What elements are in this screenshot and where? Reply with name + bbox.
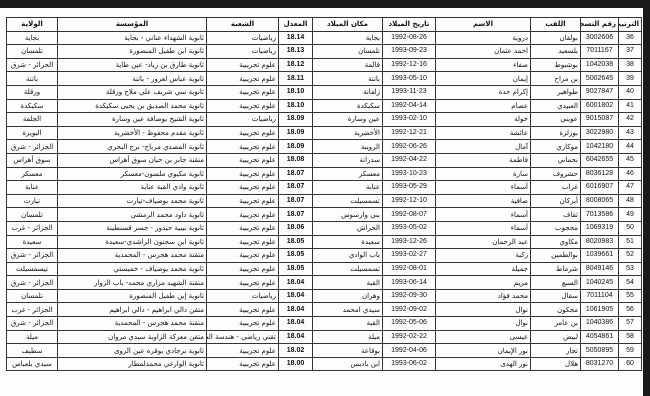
cell-branch: علوم تجريبية <box>207 276 279 290</box>
cell-average: 18.05 <box>279 262 313 276</box>
cell-birth-place: سكيكدة <box>313 99 383 113</box>
cell-rank: 50 <box>619 221 642 235</box>
cell-registration-number: 8008065 <box>581 194 619 208</box>
cell-birth-place: باتنة <box>313 72 383 86</box>
table-row: 584054861لبيضعيسى1992-02-22ميلة18.04تقني… <box>7 330 642 344</box>
cell-average: 18.13 <box>279 45 313 59</box>
cell-registration-number: 1061905 <box>581 303 619 317</box>
cell-average: 18.07 <box>279 194 313 208</box>
cell-average: 18.04 <box>279 289 313 303</box>
cell-school: متقنة الشهيد مزاري محمد- باب الزوار <box>58 276 207 290</box>
cell-registration-number: 8020983 <box>581 235 619 249</box>
cell-last-name: غراب <box>531 181 581 195</box>
cell-first-name: دروية <box>436 31 531 45</box>
right-dark-border <box>643 0 650 396</box>
cell-first-name: أسماء <box>436 181 531 195</box>
cell-birth-place: سعيدة <box>313 235 383 249</box>
cell-last-name: طواهير <box>531 85 581 99</box>
table-row: 501069319محجوبأسماء1993-05-02الحراش18.06… <box>7 221 642 235</box>
cell-first-name: عائشة <box>436 126 531 140</box>
table-row: 441042180موكاريآمال1992-06-26الرويبة18.0… <box>7 140 642 154</box>
cell-last-name: تجار <box>531 344 581 358</box>
table-row: 416001802العبيديعصام1992-04-14سكيكدة18.1… <box>7 99 642 113</box>
cell-birth-date: 1992-04-22 <box>383 153 436 167</box>
cell-school: متقنة محمد هجرس - المحمدية <box>58 317 207 331</box>
cell-birth-date: 1993-12-26 <box>383 235 436 249</box>
cell-registration-number: 1039661 <box>581 249 619 263</box>
cell-registration-number: 7011167 <box>581 45 619 59</box>
cell-state: معسكر <box>7 167 58 181</box>
cell-school: ثانوية داود محمد الرمشي <box>58 208 207 222</box>
cell-birth-date: 1992-12-16 <box>383 58 436 72</box>
cell-registration-number: 8049146 <box>581 262 619 276</box>
cell-state: تلمسان <box>7 289 58 303</box>
top-dark-border <box>0 0 650 8</box>
cell-average: 18.11 <box>279 72 313 86</box>
table-row: 488008065أبركانصافية1992-12-10تسمسيلت18.… <box>7 194 642 208</box>
cell-first-name: خولة <box>436 113 531 127</box>
cell-school: متقن دالي ابراهيم - دالي ابراهيم <box>58 303 207 317</box>
cell-average: 18.07 <box>279 208 313 222</box>
cell-average: 18.04 <box>279 276 313 290</box>
cell-birth-place: سدراتة <box>313 153 383 167</box>
cell-branch: رياضيات <box>207 45 279 59</box>
cell-rank: 41 <box>619 99 642 113</box>
cell-school: ثانوية عباس لغرور - باتنة <box>58 72 207 86</box>
cell-first-name: محمد فؤاد <box>436 289 531 303</box>
cell-average: 18.04 <box>279 330 313 344</box>
cell-school: ثانوية الشيخ بوصافة عين وسارة <box>58 113 207 127</box>
cell-last-name: حشروف <box>531 167 581 181</box>
cell-first-name: آمال <box>436 140 531 154</box>
header-birth-place: مكان الميلاد <box>313 18 383 32</box>
cell-last-name: السبع <box>531 276 581 290</box>
cell-state: تيارت <box>7 194 58 208</box>
cell-birth-date: 1993-11-23 <box>383 85 436 99</box>
results-table: الترتيب رقم التسجيل اللقب الاسم تاريخ ال… <box>6 17 642 371</box>
cell-birth-place: القبة <box>313 276 383 290</box>
cell-rank: 48 <box>619 194 642 208</box>
cell-state: سطيف <box>7 344 58 358</box>
cell-school: متقنة محمد هجرس - المحمدية <box>58 249 207 263</box>
cell-average: 18.02 <box>279 344 313 358</box>
cell-last-name: بلسعيد <box>531 45 581 59</box>
cell-birth-place: قالمة <box>313 58 383 72</box>
cell-last-name: شرماط <box>531 262 581 276</box>
table-row: 571040386بن عامرنوال1992-05-06القبة18.04… <box>7 317 642 331</box>
table-row: 497013586ثقافأسماء1992-08-07بني وارسوس18… <box>7 208 642 222</box>
cell-first-name: جميلة <box>436 262 531 276</box>
cell-average: 18.09 <box>279 126 313 140</box>
cell-registration-number: 5002645 <box>581 72 619 86</box>
cell-first-name: صافية <box>436 194 531 208</box>
cell-state: سيدي بلعباس <box>7 357 58 371</box>
cell-state: بجاية <box>7 31 58 45</box>
cell-state: سوق أهراس <box>7 153 58 167</box>
cell-branch: علوم تجريبية <box>207 208 279 222</box>
cell-state: تلمسان <box>7 45 58 59</box>
cell-registration-number: 4054861 <box>581 330 619 344</box>
cell-last-name: سقال <box>531 289 581 303</box>
cell-last-name: بولقان <box>531 31 581 45</box>
cell-branch: رياضيات <box>207 289 279 303</box>
cell-rank: 43 <box>619 126 642 140</box>
cell-state: الجلفة <box>7 113 58 127</box>
cell-average: 18.12 <box>279 58 313 72</box>
cell-birth-date: 1992-12-21 <box>383 126 436 140</box>
cell-birth-date: 1992-12-10 <box>383 194 436 208</box>
cell-first-name: عبد الرحمان <box>436 235 531 249</box>
cell-birth-date: 1992-08-26 <box>383 31 436 45</box>
cell-branch: رياضيات <box>207 113 279 127</box>
cell-first-name: نوال <box>436 317 531 331</box>
cell-birth-place: عين وسارة <box>313 113 383 127</box>
cell-first-name: أسماء <box>436 208 531 222</box>
cell-last-name: بن مراح <box>531 72 581 86</box>
cell-birth-place: وهران <box>313 289 383 303</box>
table-row: 363002606بولقاندروية1992-08-26بجاية18.14… <box>7 31 642 45</box>
cell-branch: علوم تجريبية <box>207 140 279 154</box>
cell-birth-place: عنابة <box>313 181 383 195</box>
cell-rank: 58 <box>619 330 642 344</box>
table-row: 468036128حشروفسارة1993-10-23معسكر18.07عل… <box>7 167 642 181</box>
cell-average: 18.14 <box>279 31 313 45</box>
cell-first-name: سارة <box>436 167 531 181</box>
cell-birth-place: الأخضرية <box>313 126 383 140</box>
cell-school: ثانوية محمد بوضياف-تيارت <box>58 194 207 208</box>
table-row: 557011104سقالمحمد فؤاد1992-09-30وهران18.… <box>7 289 642 303</box>
cell-last-name: لبيض <box>531 330 581 344</box>
cell-rank: 51 <box>619 235 642 249</box>
cell-branch: علوم تجريبية <box>207 303 279 317</box>
cell-rank: 56 <box>619 303 642 317</box>
cell-birth-place: بني وارسوس <box>313 208 383 222</box>
cell-last-name: أبركان <box>531 194 581 208</box>
cell-registration-number: 8036128 <box>581 167 619 181</box>
cell-rank: 39 <box>619 72 642 86</box>
cell-rank: 54 <box>619 276 642 290</box>
cell-rank: 45 <box>619 153 642 167</box>
cell-school: ثانوية برجادي بوقرة عين الروى <box>58 344 207 358</box>
cell-birth-place: تسمسيلت <box>313 194 383 208</box>
cell-registration-number: 7013586 <box>581 208 619 222</box>
cell-average: 18.10 <box>279 85 313 99</box>
cell-rank: 36 <box>619 31 642 45</box>
cell-school: ثانوية الوارغي محمدلمطار <box>58 357 207 371</box>
cell-school: ثانوية الشهداء عناني - بجاية <box>58 31 207 45</box>
table-row: 541040245السبعمريم1993-06-14القبة18.04عل… <box>7 276 642 290</box>
cell-state: عنابة <box>7 181 58 195</box>
cell-registration-number: 3022980 <box>581 126 619 140</box>
cell-state: ميلة <box>7 330 58 344</box>
cell-first-name: إيمان <box>436 72 531 86</box>
cell-last-name: بوالطمين <box>531 249 581 263</box>
cell-first-name: نور الهدى <box>436 357 531 371</box>
cell-first-name: عصام <box>436 99 531 113</box>
cell-average: 18.07 <box>279 181 313 195</box>
table-row: 409027847طواهيرإكرام حدة1993-11-23زلفانة… <box>7 85 642 99</box>
cell-state: الجزائر - شرق <box>7 317 58 331</box>
cell-birth-place: تلمسان <box>313 45 383 59</box>
cell-state: باتنة <box>7 72 58 86</box>
cell-last-name: بوشبوط <box>531 58 581 72</box>
cell-school: متقن معركة الزاوية سيدي مروان <box>58 330 207 344</box>
cell-last-name: نحماني <box>531 153 581 167</box>
table-row: 377011167بلسعيداحمد عثمان1993-09-23تلمسا… <box>7 45 642 59</box>
cell-birth-date: 1992-08-01 <box>383 262 436 276</box>
cell-last-name: هلال <box>531 357 581 371</box>
cell-birth-place: ابن باديس <box>313 357 383 371</box>
cell-school: ثانوية مكيوي ملسون-معسكر <box>58 167 207 181</box>
table-row: 608031270هلالنور الهدى1993-06-02ابن بادي… <box>7 357 642 371</box>
cell-rank: 47 <box>619 181 642 195</box>
header-birth-date: تاريخ الميلاد <box>383 18 436 32</box>
cell-state: الجزائر - شرق <box>7 249 58 263</box>
cell-rank: 44 <box>619 140 642 154</box>
cell-last-name: مكاوي <box>531 235 581 249</box>
cell-first-name: أسماء <box>436 221 531 235</box>
cell-school: ثانوية طارق بن زياد- عين طاية <box>58 58 207 72</box>
table-header-row: الترتيب رقم التسجيل اللقب الاسم تاريخ ال… <box>7 18 642 32</box>
cell-branch: علوم تجريبية <box>207 194 279 208</box>
header-state: الولاية <box>7 18 58 32</box>
cell-branch: علوم تجريبية <box>207 317 279 331</box>
cell-school: ثانوية وادي القبة عنابة <box>58 181 207 195</box>
cell-state: الجزائر - شرق <box>7 276 58 290</box>
cell-branch: علوم تجريبية <box>207 357 279 371</box>
cell-state: تيسمسيلت <box>7 262 58 276</box>
header-average: المعدل <box>279 18 313 32</box>
table-row: 595050895تجارنور الإيمان1992-04-06بوقاعة… <box>7 344 642 358</box>
cell-school: ثانوية مقدم محفوظ - الأخضرية <box>58 126 207 140</box>
header-branch: الشعبة <box>207 18 279 32</box>
cell-school: ثانوية محمد الصديق بن يحيى سكيكدة <box>58 99 207 113</box>
cell-registration-number: 1040386 <box>581 317 619 331</box>
cell-branch: علوم تجريبية <box>207 249 279 263</box>
header-last-name: اللقب <box>531 18 581 32</box>
cell-birth-place: تسمسيلت <box>313 262 383 276</box>
cell-registration-number: 1042038 <box>581 58 619 72</box>
cell-school: ثانوية المصدي مرباح- برج البحري <box>58 140 207 154</box>
table-row: 429015087عوينيخولة1993-02-10عين وسارة18.… <box>7 113 642 127</box>
cell-birth-date: 1992-06-26 <box>383 140 436 154</box>
cell-birth-place: بوقاعة <box>313 344 383 358</box>
cell-average: 18.10 <box>279 99 313 113</box>
cell-birth-date: 1992-04-14 <box>383 99 436 113</box>
cell-birth-date: 1993-02-10 <box>383 113 436 127</box>
cell-registration-number: 9015087 <box>581 113 619 127</box>
table-row: 521039661بوالطمينزكية1993-02-27باب الواد… <box>7 249 642 263</box>
cell-average: 18.04 <box>279 317 313 331</box>
cell-state: سكيكدة <box>7 99 58 113</box>
cell-birth-date: 1993-06-14 <box>383 276 436 290</box>
cell-state: الجزائر - غرب <box>7 303 58 317</box>
cell-birth-date: 1992-04-06 <box>383 344 436 358</box>
cell-birth-date: 1993-10-23 <box>383 167 436 181</box>
cell-branch: علوم تجريبية <box>207 262 279 276</box>
cell-average: 18.06 <box>279 221 313 235</box>
cell-registration-number: 7011104 <box>581 289 619 303</box>
cell-rank: 53 <box>619 262 642 276</box>
cell-rank: 55 <box>619 289 642 303</box>
cell-birth-date: 1993-05-29 <box>383 181 436 195</box>
cell-rank: 38 <box>619 58 642 72</box>
cell-state: الجزائر - شرق <box>7 58 58 72</box>
cell-first-name: احمد عثمان <box>436 45 531 59</box>
cell-registration-number: 8031270 <box>581 357 619 371</box>
cell-registration-number: 5050895 <box>581 344 619 358</box>
cell-rank: 52 <box>619 249 642 263</box>
cell-school: ثانوية إبن طفيل المنصورة <box>58 289 207 303</box>
table-row: 561061905مجكوننوال1992-09-02سيدي امحمد18… <box>7 303 642 317</box>
cell-birth-place: بجاية <box>313 31 383 45</box>
cell-rank: 37 <box>619 45 642 59</box>
cell-branch: رياضيات <box>207 31 279 45</box>
header-school: المؤسسة <box>58 18 207 32</box>
cell-rank: 49 <box>619 208 642 222</box>
cell-birth-date: 1993-09-23 <box>383 45 436 59</box>
cell-last-name: ثقاف <box>531 208 581 222</box>
table-row: 538049146شرماطجميلة1992-08-01تسمسيلت18.0… <box>7 262 642 276</box>
cell-last-name: موكاري <box>531 140 581 154</box>
cell-branch: علوم تجريبية <box>207 167 279 181</box>
cell-branch: علوم تجريبية <box>207 99 279 113</box>
cell-first-name: فاطمة <box>436 153 531 167</box>
header-first-name: الاسم <box>436 18 531 32</box>
cell-state: الجزائر - غرب <box>7 221 58 235</box>
cell-birth-date: 1992-02-22 <box>383 330 436 344</box>
cell-registration-number: 6001802 <box>581 99 619 113</box>
cell-birth-date: 1992-08-07 <box>383 208 436 222</box>
cell-birth-place: معسكر <box>313 167 383 181</box>
cell-last-name: بن عامر <box>531 317 581 331</box>
cell-birth-date: 1992-09-02 <box>383 303 436 317</box>
cell-school: ثانوية محمد بوضياف - خميستي <box>58 262 207 276</box>
cell-rank: 46 <box>619 167 642 181</box>
table-row: 476016907غرابأسماء1993-05-29عنابة18.07عل… <box>7 181 642 195</box>
cell-school: ثانوية بيبية حيدور - جسر قسنطينة <box>58 221 207 235</box>
cell-state: البويرة <box>7 126 58 140</box>
cell-school: ثانوية ابن طفيل المنصورة <box>58 45 207 59</box>
cell-first-name: زكية <box>436 249 531 263</box>
cell-registration-number: 1040245 <box>581 276 619 290</box>
cell-average: 18.05 <box>279 249 313 263</box>
cell-branch: علوم تجريبية <box>207 72 279 86</box>
cell-branch: علوم تجريبية <box>207 126 279 140</box>
cell-last-name: محجوب <box>531 221 581 235</box>
header-rank: الترتيب <box>619 18 642 32</box>
table-row: 433022980بوزلزةعائشة1992-12-21الأخضرية18… <box>7 126 642 140</box>
cell-birth-place: ميلة <box>313 330 383 344</box>
cell-state: سعيدة <box>7 235 58 249</box>
cell-registration-number: 1042180 <box>581 140 619 154</box>
cell-birth-date: 1993-05-10 <box>383 72 436 86</box>
cell-registration-number: 1069319 <box>581 221 619 235</box>
cell-first-name: إكرام حدة <box>436 85 531 99</box>
cell-last-name: مجكون <box>531 303 581 317</box>
cell-birth-place: الحراش <box>313 221 383 235</box>
cell-first-name: مريم <box>436 276 531 290</box>
cell-branch: علوم تجريبية <box>207 58 279 72</box>
cell-branch: علوم تجريبية <box>207 344 279 358</box>
cell-state: ورقلة <box>7 85 58 99</box>
cell-birth-date: 1993-02-27 <box>383 249 436 263</box>
cell-average: 18.09 <box>279 140 313 154</box>
cell-state: الجزائر - شرق <box>7 140 58 154</box>
cell-birth-place: الرويبة <box>313 140 383 154</box>
table-row: 518020983مكاويعبد الرحمان1993-12-26سعيدة… <box>7 235 642 249</box>
cell-last-name: بوزلزة <box>531 126 581 140</box>
cell-birth-date: 1992-05-06 <box>383 317 436 331</box>
cell-average: 18.07 <box>279 167 313 181</box>
cell-state: تلمسان <box>7 208 58 222</box>
cell-rank: 59 <box>619 344 642 358</box>
cell-school: ثانوية سي شريف علي ملاح ورقلة <box>58 85 207 99</box>
cell-branch: علوم تجريبية <box>207 85 279 99</box>
table-row: 395002645بن مراحإيمان1993-05-10باتنة18.1… <box>7 72 642 86</box>
table-row: 456042655نحمانيفاطمة1992-04-22سدراتة18.0… <box>7 153 642 167</box>
cell-registration-number: 3002606 <box>581 31 619 45</box>
cell-birth-place: باب الوادي <box>313 249 383 263</box>
cell-average: 18.09 <box>279 113 313 127</box>
cell-birth-date: 1993-06-02 <box>383 357 436 371</box>
cell-school: متقنة جابر بن حيان سوق أهراس <box>58 153 207 167</box>
cell-average: 18.05 <box>279 235 313 249</box>
table-row: 381042038بوشبوطصفاء1992-12-16قالمة18.12ع… <box>7 58 642 72</box>
cell-rank: 42 <box>619 113 642 127</box>
cell-rank: 40 <box>619 85 642 99</box>
cell-average: 18.08 <box>279 153 313 167</box>
cell-last-name: العبيدي <box>531 99 581 113</box>
cell-average: 18.04 <box>279 303 313 317</box>
cell-average: 18.00 <box>279 357 313 371</box>
cell-branch: علوم تجريبية <box>207 235 279 249</box>
cell-branch: علوم تجريبية <box>207 181 279 195</box>
cell-last-name: عويني <box>531 113 581 127</box>
cell-first-name: نوال <box>436 303 531 317</box>
cell-first-name: نور الإيمان <box>436 344 531 358</box>
cell-registration-number: 9027847 <box>581 85 619 99</box>
cell-first-name: عيسى <box>436 330 531 344</box>
cell-rank: 60 <box>619 357 642 371</box>
cell-birth-place: سيدي امحمد <box>313 303 383 317</box>
cell-branch: تقني رياضي - هندسة الطرائق <box>207 330 279 344</box>
cell-first-name: صفاء <box>436 58 531 72</box>
cell-birth-date: 1992-09-30 <box>383 289 436 303</box>
cell-birth-place: زلفانة <box>313 85 383 99</box>
cell-school: ثانوية ابن سحنون الراشدي-سعيدة <box>58 235 207 249</box>
cell-birth-date: 1993-05-02 <box>383 221 436 235</box>
cell-rank: 57 <box>619 317 642 331</box>
header-registration-number: رقم التسجيل <box>581 18 619 32</box>
cell-registration-number: 6016907 <box>581 181 619 195</box>
cell-branch: علوم تجريبية <box>207 221 279 235</box>
cell-birth-place: القبة <box>313 317 383 331</box>
cell-branch: علوم تجريبية <box>207 153 279 167</box>
cell-registration-number: 6042655 <box>581 153 619 167</box>
